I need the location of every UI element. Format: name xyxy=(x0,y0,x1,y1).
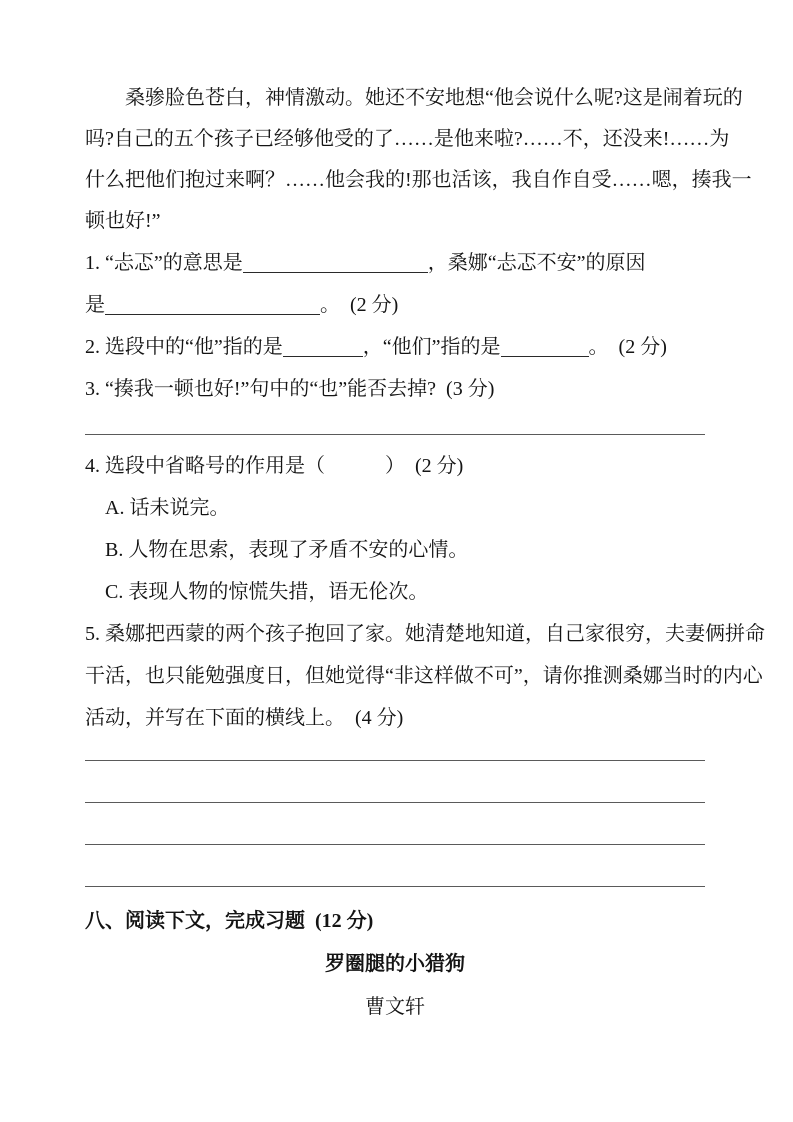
question-4-text: 4. 选段中省略号的作用是（ ） (2 分) xyxy=(85,445,705,487)
question-2-text: ，“他们”指的是 xyxy=(363,336,501,358)
question-1-line-1: 1. “忐忑”的意思是，桑娜“忐忑不安”的原因 xyxy=(85,242,705,284)
answer-line xyxy=(85,761,705,803)
question-1-line-2: 是。 (2 分) xyxy=(85,284,705,326)
question-2-text: 。 (2 分) xyxy=(589,336,667,358)
answer-blank xyxy=(105,313,320,315)
answer-line xyxy=(85,803,705,845)
answer-lines xyxy=(85,739,705,887)
passage-line: 顿也好!” xyxy=(85,201,705,242)
question-4-option-c: C. 表现人物的惊慌失措，语无伦次。 xyxy=(85,571,705,613)
question-5-line: 活动，并写在下面的横线上。 (4 分) xyxy=(85,697,705,739)
question-1: 1. “忐忑”的意思是，桑娜“忐忑不安”的原因 是。 (2 分) xyxy=(85,242,705,326)
answer-blank xyxy=(243,271,428,273)
section-8: 八、阅读下文，完成习题 (12 分) 罗圈腿的小猎狗 曹文轩 xyxy=(85,901,705,1028)
test-paper-page: 桑骖脸色苍白，神情激动。她还不安地想“他会说什么呢?这是闹着玩的 吗?自己的五个… xyxy=(0,0,793,1122)
answer-line xyxy=(85,845,705,887)
question-1-text: 是 xyxy=(85,294,105,316)
option-a-text: A. 话未说完。 xyxy=(105,497,229,519)
question-1-text: 。 (2 分) xyxy=(320,294,398,316)
reading-passage: 桑骖脸色苍白，神情激动。她还不安地想“他会说什么呢?这是闹着玩的 吗?自己的五个… xyxy=(85,78,705,242)
question-1-text: 1. “忐忑”的意思是 xyxy=(85,252,243,274)
question-1-text: ，桑娜“忐忑不安”的原因 xyxy=(428,252,646,274)
answer-blank xyxy=(283,355,363,357)
question-4-option-a: A. 话未说完。 xyxy=(85,487,705,529)
question-2: 2. 选段中的“他”指的是，“他们”指的是。 (2 分) xyxy=(85,326,705,368)
passage-line: 吗?自己的五个孩子已经够他受的了……是他来啦?……不，还没来!……为 xyxy=(85,119,705,160)
question-4: 4. 选段中省略号的作用是（ ） (2 分) A. 话未说完。 B. 人物在思索… xyxy=(85,445,705,613)
reading-title: 罗圈腿的小猎狗 xyxy=(85,944,705,985)
section-8-heading: 八、阅读下文，完成习题 (12 分) xyxy=(85,901,705,942)
question-5: 5. 桑娜把西蒙的两个孩子抱回了家。她清楚地知道，自己家很穷，夫妻俩拼命 干活，… xyxy=(85,613,705,739)
option-c-text: C. 表现人物的惊慌失措，语无伦次。 xyxy=(105,581,428,603)
question-5-line: 5. 桑娜把西蒙的两个孩子抱回了家。她清楚地知道，自己家很穷，夫妻俩拼命 xyxy=(85,613,705,655)
answer-line xyxy=(85,410,705,435)
question-5-line: 干活，也只能勉强度日，但她觉得“非这样做不可”，请你推测桑娜当时的内心 xyxy=(85,655,705,697)
passage-line: 什么把他们抱过来啊？……他会我的!那也活该，我自作自受……嗯，揍我一 xyxy=(85,160,705,201)
question-3: 3. “揍我一顿也好!”句中的“也”能否去掉? (3 分) xyxy=(85,368,705,410)
question-2-text: 2. 选段中的“他”指的是 xyxy=(85,336,283,358)
answer-line xyxy=(85,739,705,761)
passage-line: 桑骖脸色苍白，神情激动。她还不安地想“他会说什么呢?这是闹着玩的 xyxy=(85,78,705,119)
question-4-option-b: B. 人物在思索，表现了矛盾不安的心情。 xyxy=(85,529,705,571)
answer-blank xyxy=(501,355,589,357)
reading-author: 曹文轩 xyxy=(85,987,705,1028)
option-b-text: B. 人物在思索，表现了矛盾不安的心情。 xyxy=(105,539,468,561)
